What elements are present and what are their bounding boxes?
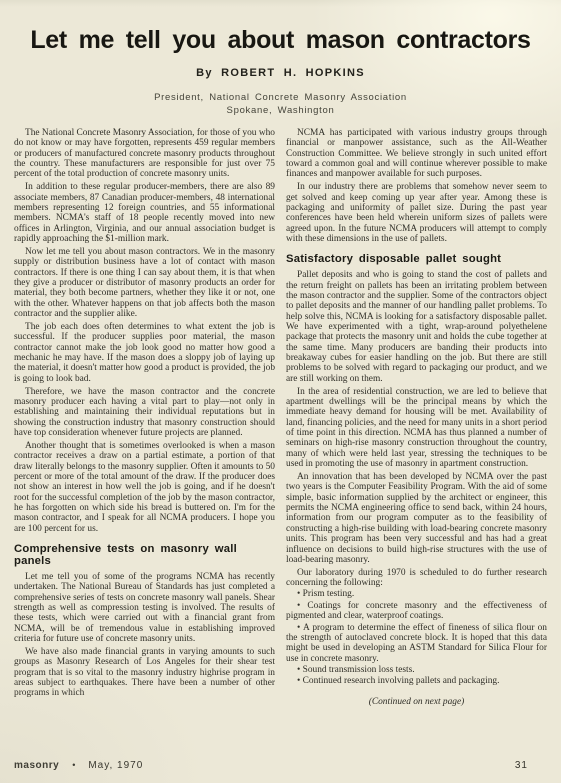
paragraph: We have also made financial grants in va…	[14, 647, 275, 699]
paragraph: Another thought that is sometimes overlo…	[14, 441, 275, 534]
article-header: Let me tell you about mason contractors …	[0, 0, 561, 117]
bullet-item: • Continued research involving pallets a…	[286, 676, 547, 686]
paragraph: The job each does often determines to wh…	[14, 322, 275, 384]
footer-journal-line: masonry • May, 1970	[14, 760, 143, 771]
paragraph: In addition to these regular producer-me…	[14, 182, 275, 244]
section-heading: Comprehensive tests on masonry wall pane…	[14, 543, 275, 567]
paragraph: In our industry there are problems that …	[286, 182, 547, 244]
byline: By ROBERT H. HOPKINS	[0, 67, 561, 79]
paragraph: Let me tell you of some of the programs …	[14, 572, 275, 644]
bullet-item: • Coatings for concrete masonry and the …	[286, 601, 547, 622]
left-column: The National Concrete Masonry Associatio…	[14, 128, 275, 716]
bullet-item: • A program to determine the effect of f…	[286, 623, 547, 664]
bullet-separator-icon: •	[72, 760, 75, 770]
issue-date: May, 1970	[88, 760, 143, 771]
magazine-page: Let me tell you about mason contractors …	[0, 0, 561, 783]
paragraph: In the area of residential construction,…	[286, 387, 547, 470]
continued-note: (Continued on next page)	[286, 697, 547, 707]
paragraph: An innovation that has been developed by…	[286, 472, 547, 565]
section-heading: Satisfactory disposable pallet sought	[286, 253, 547, 265]
affiliation-line-2: Spokane, Washington	[0, 104, 561, 117]
paragraph: NCMA has participated with various indus…	[286, 128, 547, 180]
bullet-item: • Prism testing.	[286, 589, 547, 599]
page-number: 31	[515, 760, 547, 771]
paragraph: Therefore, we have the mason contractor …	[14, 387, 275, 439]
journal-name: masonry	[14, 760, 59, 771]
paragraph: Pallet deposits and who is going to stan…	[286, 270, 547, 384]
paragraph: The National Concrete Masonry Associatio…	[14, 128, 275, 180]
author-affiliation: President, National Concrete Masonry Ass…	[0, 91, 561, 117]
page-footer: masonry • May, 1970 31	[14, 760, 547, 771]
paragraph: Now let me tell you about mason contract…	[14, 247, 275, 319]
bullet-item: • Sound transmission loss tests.	[286, 665, 547, 675]
paragraph: Our laboratory during 1970 is scheduled …	[286, 568, 547, 589]
article-title: Let me tell you about mason contractors	[0, 27, 561, 54]
article-body: The National Concrete Masonry Associatio…	[14, 128, 547, 716]
affiliation-line-1: President, National Concrete Masonry Ass…	[0, 91, 561, 104]
right-column: NCMA has participated with various indus…	[286, 128, 547, 716]
